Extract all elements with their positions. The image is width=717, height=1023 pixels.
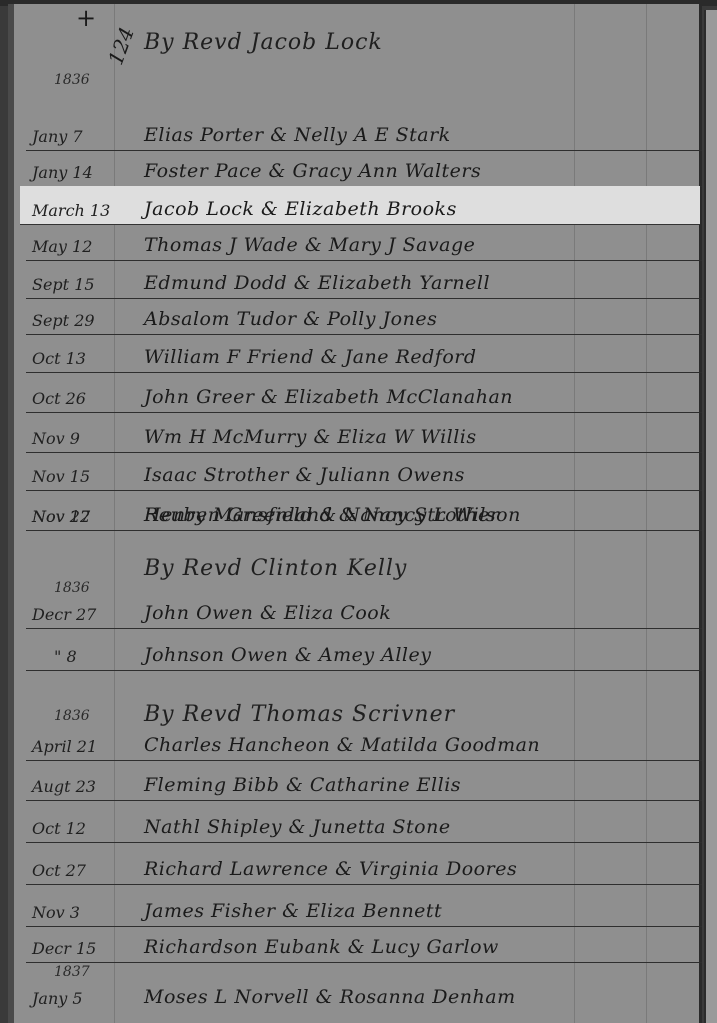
entry-date: Sept 29 [32, 311, 127, 330]
bride-name: Nancy L Wilson [363, 504, 521, 526]
joiner: & [261, 386, 278, 408]
joiner: & [313, 426, 330, 448]
register-entry-highlighted: March 13 Jacob Lock & Elizabeth Brooks [20, 186, 700, 225]
entry-names: Elias Porter & Nelly A E Stark [144, 124, 451, 146]
joiner: & [339, 504, 356, 526]
joiner: & [321, 346, 338, 368]
bride-name: Juliann Owens [319, 464, 464, 486]
groom-name: Richardson Eubank [144, 936, 341, 958]
joiner: & [295, 644, 312, 666]
register-entry: Nov 3 James Fisher & Eliza Bennett [26, 884, 702, 927]
bride-name: Virginia Doores [359, 858, 517, 880]
entry-date: Oct 12 [32, 819, 127, 838]
groom-name: James Fisher [144, 900, 276, 922]
groom-name: Moses L Norvell [144, 986, 309, 1008]
joiner: & [269, 160, 286, 182]
groom-name: Charles Hancheon [144, 734, 330, 756]
bride-name: Eliza W Willis [337, 426, 476, 448]
bride-name: Elizabeth Brooks [285, 198, 457, 220]
entry-names: Thomas J Wade & Mary J Savage [144, 234, 475, 256]
entry-date: Augt 23 [32, 777, 127, 796]
groom-name: Edmund Dodd [144, 272, 287, 294]
bride-name: Amey Alley [319, 644, 432, 666]
officiant-heading: By Revd Jacob Lock [144, 30, 383, 55]
entry-date: Decr 15 [32, 939, 127, 958]
entry-names: Nathl Shipley & Junetta Stone [144, 816, 451, 838]
bride-name: Mary J Savage [329, 234, 476, 256]
groom-name: Elias Porter [144, 124, 264, 146]
register-entry: Oct 26 John Greer & Elizabeth McClanahan [26, 372, 702, 413]
joiner: & [289, 816, 306, 838]
groom-name: Richard Lawrence [144, 858, 329, 880]
entry-names: Isaac Strother & Juliann Owens [144, 464, 465, 486]
entry-date: Nov 22 [32, 507, 127, 526]
entry-date: May 12 [32, 237, 127, 256]
entry-date: Jany 5 [32, 989, 127, 1008]
groom-name: William F Friend [144, 346, 314, 368]
register-entry: " 8 Johnson Owen & Amey Alley [26, 628, 702, 671]
register-entry: Nov 9 Wm H McMurry & Eliza W Willis [26, 412, 702, 453]
entry-date: Jany 7 [32, 127, 127, 146]
bride-name: Eliza Bennett [306, 900, 442, 922]
joiner: & [348, 936, 365, 958]
groom-name: John Owen [144, 602, 253, 624]
groom-name: John Greer [144, 386, 254, 408]
entry-date: Jany 14 [32, 163, 127, 182]
adjacent-page-edge [704, 10, 717, 1023]
register-page: + 124 By Revd Jacob Lock 1836 Jany 7 Eli… [8, 4, 702, 1023]
entry-names: Moses L Norvell & Rosanna Denham [144, 986, 516, 1008]
bride-name: Junetta Stone [313, 816, 451, 838]
bride-name: Eliza Cook [284, 602, 391, 624]
entry-names: Jacob Lock & Elizabeth Brooks [144, 198, 457, 220]
register-entry: Decr 15 Richardson Eubank & Lucy Garlow [26, 926, 702, 963]
register-entry: May 12 Thomas J Wade & Mary J Savage [26, 224, 702, 261]
entry-names: Richard Lawrence & Virginia Doores [144, 858, 517, 880]
bride-name: Elizabeth Yarnell [318, 272, 490, 294]
joiner: & [337, 734, 354, 756]
entry-date: " 8 [54, 647, 149, 666]
register-entry: Augt 23 Fleming Bibb & Catharine Ellis [26, 760, 702, 801]
register-entry: Oct 12 Nathl Shipley & Junetta Stone [26, 800, 702, 843]
groom-name: Nathl Shipley [144, 816, 282, 838]
register-entry: Sept 29 Absalom Tudor & Polly Jones [26, 298, 702, 335]
bride-name: Matilda Goodman [361, 734, 540, 756]
entry-names: Absalom Tudor & Polly Jones [144, 308, 437, 330]
groom-name: Thomas J Wade [144, 234, 298, 256]
groom-name: Johnson Owen [144, 644, 288, 666]
entry-names: Charles Hancheon & Matilda Goodman [144, 734, 540, 756]
entry-year: 1836 [54, 72, 90, 88]
register-entry: Jany 14 Foster Pace & Gracy Ann Walters [26, 150, 702, 187]
bride-name: Gracy Ann Walters [293, 160, 482, 182]
register-entry: Oct 13 William F Friend & Jane Redford [26, 334, 702, 373]
bride-name: Rosanna Denham [340, 986, 516, 1008]
entry-year: 1837 [54, 964, 90, 980]
joiner: & [286, 774, 303, 796]
entry-date: Nov 9 [32, 429, 127, 448]
joiner: & [303, 308, 320, 330]
joiner: & [261, 198, 278, 220]
bride-name: Nelly A E Stark [294, 124, 451, 146]
margin-cross-mark: + [76, 4, 96, 32]
bride-name: Jane Redford [345, 346, 477, 368]
groom-name: Wm H McMurry [144, 426, 307, 448]
register-entry: Nov 22 Reuben Greenland & Nancy L Wilson [26, 494, 702, 531]
entry-names: Edmund Dodd & Elizabeth Yarnell [144, 272, 490, 294]
entry-names: Wm H McMurry & Eliza W Willis [144, 426, 477, 448]
entry-date: Oct 13 [32, 349, 127, 368]
bride-name: Elizabeth McClanahan [285, 386, 513, 408]
entry-names: John Owen & Eliza Cook [144, 602, 391, 624]
register-entry: Sept 15 Edmund Dodd & Elizabeth Yarnell [26, 260, 702, 299]
entry-names: Reuben Greenland & Nancy L Wilson [144, 504, 521, 526]
joiner: & [316, 986, 333, 1008]
entry-names: William F Friend & Jane Redford [144, 346, 477, 368]
entry-year: 1836 [54, 580, 90, 596]
joiner: & [294, 272, 311, 294]
entry-names: Foster Pace & Gracy Ann Walters [144, 160, 481, 182]
groom-name: Isaac Strother [144, 464, 289, 486]
entry-date: Oct 27 [32, 861, 127, 880]
joiner: & [282, 900, 299, 922]
entry-date: Oct 26 [32, 389, 127, 408]
joiner: & [296, 464, 313, 486]
groom-name: Reuben Greenland [144, 504, 332, 526]
register-entry: 1836 April 21 Charles Hancheon & Matilda… [26, 670, 702, 761]
joiner: & [305, 234, 322, 256]
page-number: 124 [103, 24, 139, 68]
register-entry: 1837 Jany 5 Moses L Norvell & Rosanna De… [26, 962, 702, 1012]
register-entry: 1836 Decr 27 John Owen & Eliza Cook [26, 530, 702, 629]
entry-names: Johnson Owen & Amey Alley [144, 644, 431, 666]
entry-date: Sept 15 [32, 275, 127, 294]
entry-names: Richardson Eubank & Lucy Garlow [144, 936, 499, 958]
groom-name: Fleming Bibb [144, 774, 279, 796]
groom-name: Foster Pace [144, 160, 262, 182]
entry-names: James Fisher & Eliza Bennett [144, 900, 442, 922]
entry-date: Nov 3 [32, 903, 127, 922]
entry-date: April 21 [32, 737, 127, 756]
register-entry: 1836 Jany 7 Elias Porter & Nelly A E Sta… [26, 64, 702, 151]
entry-names: John Greer & Elizabeth McClanahan [144, 386, 513, 408]
bride-name: Lucy Garlow [372, 936, 499, 958]
joiner: & [260, 602, 277, 624]
groom-name: Absalom Tudor [144, 308, 297, 330]
entry-date: March 13 [32, 201, 127, 220]
entry-year: 1836 [54, 708, 90, 724]
joiner: & [335, 858, 352, 880]
entry-names: Fleming Bibb & Catharine Ellis [144, 774, 461, 796]
register-entry: Oct 27 Richard Lawrence & Virginia Doore… [26, 842, 702, 885]
joiner: & [270, 124, 287, 146]
groom-name: Jacob Lock [144, 198, 254, 220]
bride-name: Catharine Ellis [310, 774, 461, 796]
entry-date: Decr 27 [32, 605, 127, 624]
bride-name: Polly Jones [327, 308, 437, 330]
entry-date: Nov 15 [32, 467, 127, 486]
register-entry: Nov 15 Isaac Strother & Juliann Owens [26, 452, 702, 491]
